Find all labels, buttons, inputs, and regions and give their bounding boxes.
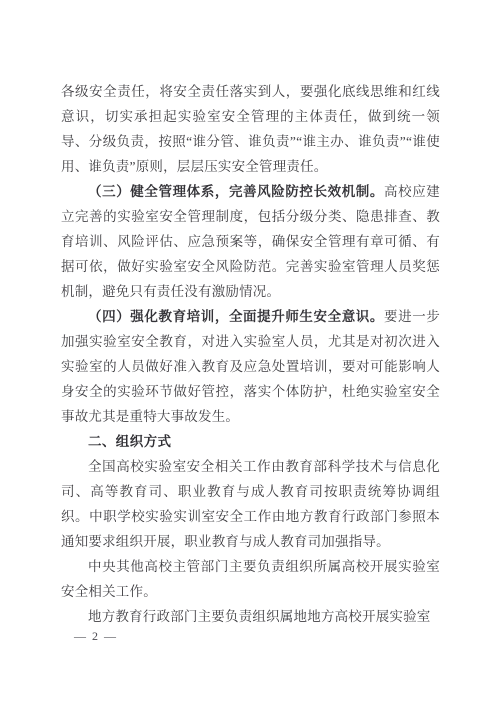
organization-paragraph-2: 中央其他高校主管部门主要负责组织所属高校开展实验室安全相关工作。 [61,554,440,604]
paragraph-item-4-body: 要进一步加强实验室安全教育，对进入实验室人员，尤其是对初次进入实验室的人员做好准… [61,309,440,424]
paragraph-item-3-lead: （三）健全管理体系，完善风险防控长效机制。 [88,184,384,199]
document-page: 各级安全责任，将安全责任落实到人，要强化底线思维和红线意识，切实承担起实验室安全… [0,0,500,707]
organization-paragraph-3: 地方教育行政部门主要负责组织属地地方高校开展实验室 [61,604,440,629]
paragraph-item-3-body: 高校应建立完善的实验室安全管理制度，包括分级分类、隐患排查、教育培训、风险评估、… [61,184,440,299]
organization-paragraph-1: 全国高校实验室安全相关工作由教育部科学技术与信息化司、高等教育司、职业教育与成人… [61,454,440,554]
document-body: 各级安全责任，将安全责任落实到人，要强化底线思维和红线意识，切实承担起实验室安全… [61,79,440,629]
paragraph-item-4: （四）强化教育培训，全面提升师生安全意识。要进一步加强实验室安全教育，对进入实验… [61,304,440,429]
paragraph-item-4-lead: （四）强化教育培训，全面提升师生安全意识。 [88,309,384,324]
section-heading-organization: 二、组织方式 [61,429,440,454]
page-number: — 2 — [74,628,118,644]
paragraph-continuation: 各级安全责任，将安全责任落实到人，要强化底线思维和红线意识，切实承担起实验室安全… [61,79,440,179]
paragraph-item-3: （三）健全管理体系，完善风险防控长效机制。高校应建立完善的实验室安全管理制度，包… [61,179,440,304]
